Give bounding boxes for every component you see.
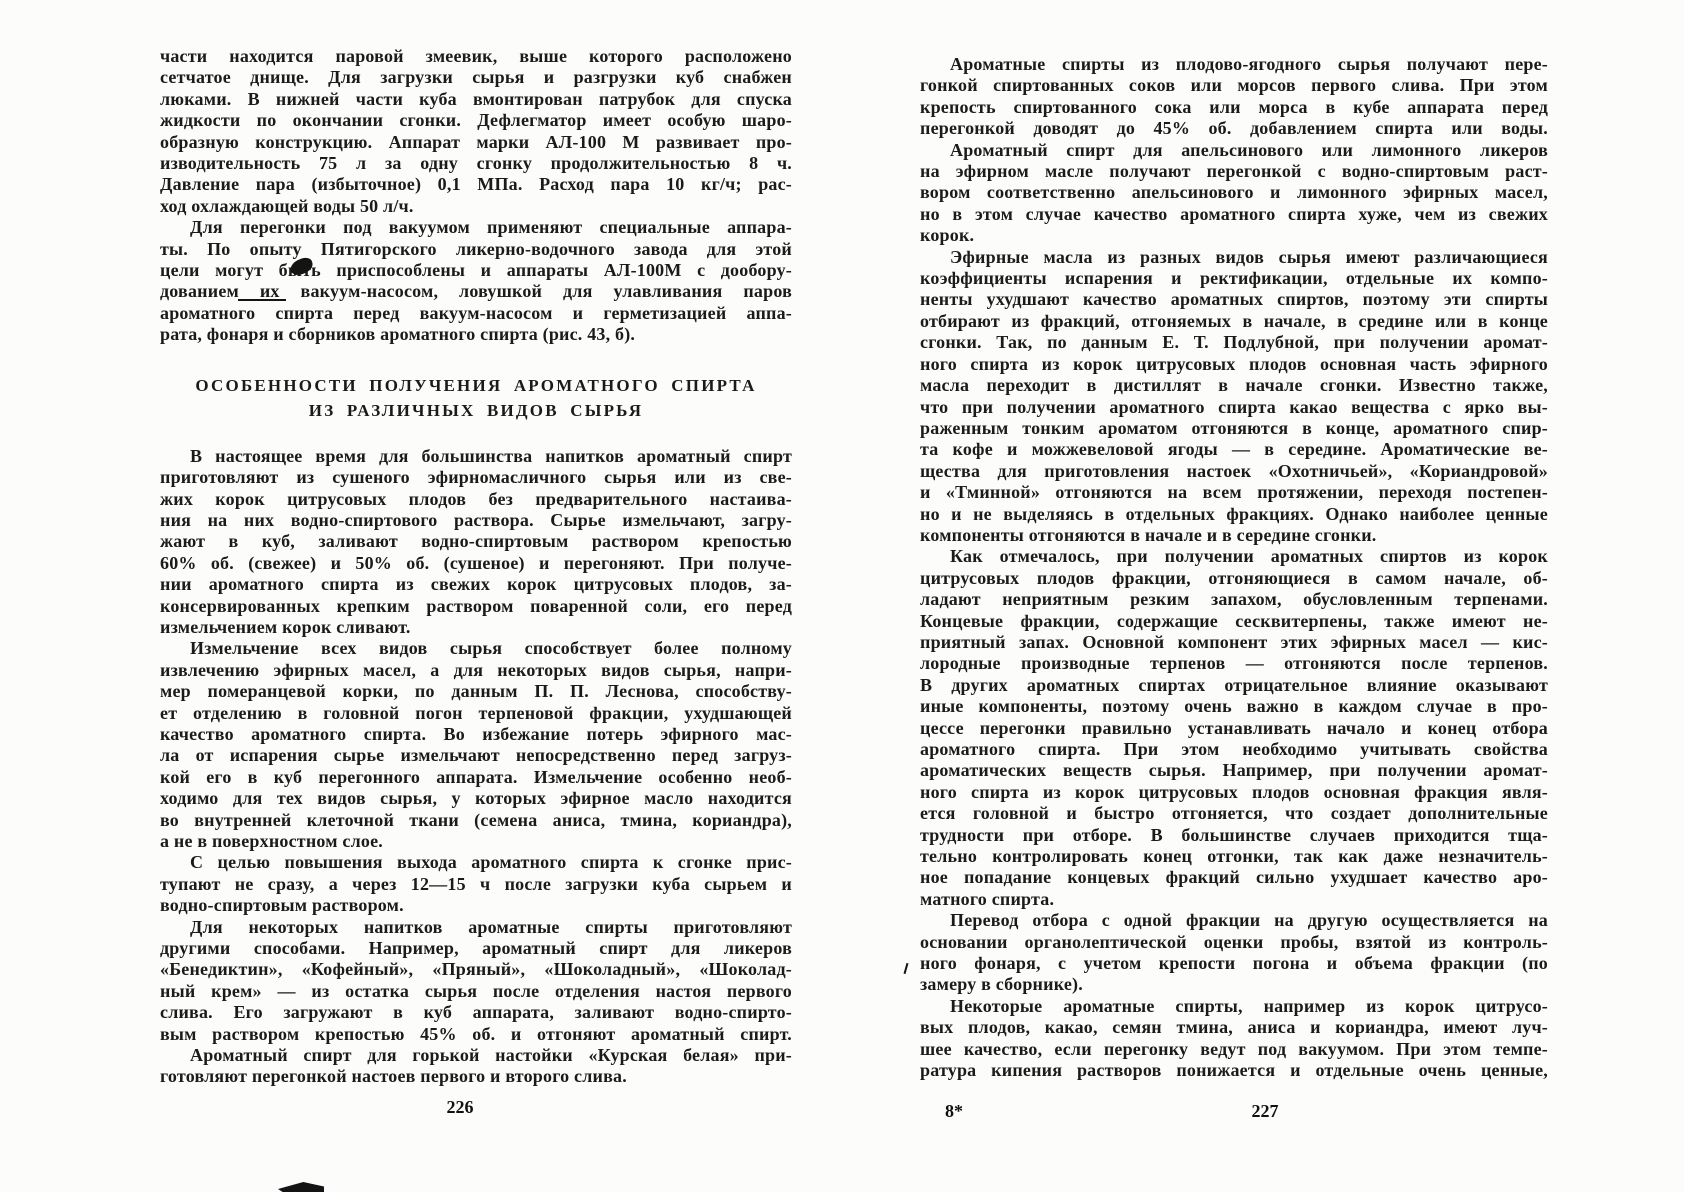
- text-line: матного спирта.: [920, 889, 1548, 910]
- text-line: готовляют перегонкой настоев первого и в…: [160, 1066, 792, 1087]
- section-heading: ОСОБЕННОСТИ ПОЛУЧЕНИЯ АРОМАТНОГО СПИРТАИ…: [160, 373, 792, 423]
- paragraph: Для перегонки под вакуумом применяют спе…: [160, 217, 792, 345]
- paragraph: Эфирные масла из разных видов сырья имею…: [920, 247, 1548, 547]
- text-line: Концевые фракции, содержащие сесквитерпе…: [920, 611, 1548, 632]
- text-line: Некоторые ароматные спирты, например из …: [920, 996, 1548, 1017]
- text-line: вором соответственно апельсинового и лим…: [920, 182, 1548, 203]
- text-line: сетчатое днище. Для загрузки сырья и раз…: [160, 67, 792, 88]
- text-line: рата, фонаря и сборников ароматного спир…: [160, 324, 792, 345]
- text-line: шее качество, если перегонку ведут под в…: [920, 1039, 1548, 1060]
- heading-line: ИЗ РАЗЛИЧНЫХ ВИДОВ СЫРЬЯ: [160, 398, 792, 423]
- text-line: ты. По опыту Пятигорского ликерно-водочн…: [160, 239, 792, 260]
- text-line: основании органолептической оценки пробы…: [920, 932, 1548, 953]
- left-page-column: части находится паровой змеевик, выше ко…: [160, 46, 792, 1088]
- right-page-number: 227: [1100, 1101, 1430, 1122]
- text-line: Ароматный спирт для горькой настойки «Ку…: [160, 1045, 792, 1066]
- text-line: люками. В нижней части куба вмонтирован …: [160, 89, 792, 110]
- text-line: трудности при отборе. В большинстве случ…: [920, 825, 1548, 846]
- text-line: ароматических веществ сырья. Например, п…: [920, 760, 1548, 781]
- text-line: Давление пара (избыточное) 0,1 МПа. Расх…: [160, 174, 792, 195]
- text-line: ного спирта из корок цитрусовых плодов о…: [920, 782, 1548, 803]
- text-line: масла переходит в дистиллят в начале сго…: [920, 375, 1548, 396]
- paragraph: С целью повышения выхода ароматного спир…: [160, 852, 792, 916]
- text-line: изводительность 75 л за одну сгонку прод…: [160, 153, 792, 174]
- text-line: корок.: [920, 225, 1548, 246]
- text-line: цессе перегонки правильно устанавливать …: [920, 718, 1548, 739]
- text-line: измельчением корок сливают.: [160, 617, 792, 638]
- text-line: жидкости по окончании сгонки. Дефлегмато…: [160, 110, 792, 131]
- text-line: цитрусовых плодов фракции, отгоняющиеся …: [920, 568, 1548, 589]
- text-line: кой его в куб перегонного аппарата. Изме…: [160, 767, 792, 788]
- text-line: Перевод отбора с одной фракции на другую…: [920, 910, 1548, 931]
- text-line: Как отмечалось, при получении ароматных …: [920, 546, 1548, 567]
- text-line: ходимо для тех видов сырья, у которых эф…: [160, 788, 792, 809]
- text-line: ратура кипения растворов понижается и от…: [920, 1060, 1548, 1081]
- text-line: и «Тминной» отгоняются на всем протяжени…: [920, 482, 1548, 503]
- paragraph: Для некоторых напитков ароматные спирты …: [160, 917, 792, 1045]
- text-line: коэффициенты испарения и ректификации, о…: [920, 268, 1548, 289]
- right-page-column: Ароматные спирты из плодово-ягодного сыр…: [920, 54, 1548, 1082]
- text-line: ароматного спирта. При этом необходимо у…: [920, 739, 1548, 760]
- text-line: ния на них водно-спиртового раствора. Сы…: [160, 510, 792, 531]
- text-line: но и не выделяясь в отдельных фракциях. …: [920, 504, 1548, 525]
- text-line: а не в поверхностном слое.: [160, 831, 792, 852]
- text-line: слива. Его загружают в куб аппарата, зал…: [160, 1002, 792, 1023]
- paragraph: Ароматный спирт для апельсинового или ли…: [920, 140, 1548, 247]
- text-line: вых плодов, какао, семян тмина, аниса и …: [920, 1017, 1548, 1038]
- paragraph: Измельчение всех видов сырья способствуе…: [160, 638, 792, 852]
- text-line: Для перегонки под вакуумом применяют спе…: [160, 217, 792, 238]
- text-line: ладают неприятным резким запахом, обусло…: [920, 589, 1548, 610]
- text-line: Измельчение всех видов сырья способствуе…: [160, 638, 792, 659]
- paragraph: Ароматный спирт для горькой настойки «Ку…: [160, 1045, 792, 1088]
- text-line: образную конструкцию. Аппарат марки АЛ-1…: [160, 132, 792, 153]
- text-line: на эфирном масле получают перегонкой с в…: [920, 161, 1548, 182]
- text-line: что при получении ароматного спирта кака…: [920, 397, 1548, 418]
- paragraph: Некоторые ароматные спирты, например из …: [920, 996, 1548, 1082]
- text-line: замеру в сборнике).: [920, 974, 1548, 995]
- text-line: Для некоторых напитков ароматные спирты …: [160, 917, 792, 938]
- text-line: приготовляют из сушеного эфирномасличног…: [160, 467, 792, 488]
- text-line: Эфирные масла из разных видов сырья имею…: [920, 247, 1548, 268]
- text-line: ненты ухудшают качество ароматных спирто…: [920, 289, 1548, 310]
- text-line: водно-спиртовым раствором.: [160, 895, 792, 916]
- text-line: иные компоненты, поэтому очень важно в к…: [920, 696, 1548, 717]
- text-line: жих корок цитрусовых плодов без предвари…: [160, 489, 792, 510]
- left-page-number: 226: [160, 1097, 760, 1118]
- text-line: 60% об. (свежее) и 50% об. (сушеное) и п…: [160, 553, 792, 574]
- text-line: С целью повышения выхода ароматного спир…: [160, 852, 792, 873]
- paragraph: Ароматные спирты из плодово-ягодного сыр…: [920, 54, 1548, 140]
- text-line: ход охлаждающей воды 50 л/ч.: [160, 196, 792, 217]
- book-spread: части находится паровой змеевик, выше ко…: [0, 0, 1684, 1192]
- text-line: Ароматные спирты из плодово-ягодного сыр…: [920, 54, 1548, 75]
- text-line: нии ароматного спирта из свежих корок ци…: [160, 574, 792, 595]
- paragraph: Как отмечалось, при получении ароматных …: [920, 546, 1548, 910]
- text-line: ла от испарения сырье измельчают непосре…: [160, 745, 792, 766]
- text-line: В других ароматных спиртах отрицательное…: [920, 675, 1548, 696]
- text-line: ется головной и быстро отгоняется, что с…: [920, 803, 1548, 824]
- text-line: другими способами. Например, ароматный с…: [160, 938, 792, 959]
- text-line: «Бенедиктин», «Кофейный», «Пряный», «Шок…: [160, 959, 792, 980]
- text-line: извлечению эфирных масел, а для некоторы…: [160, 660, 792, 681]
- text-line: лородные производные терпенов — отгоняют…: [920, 653, 1548, 674]
- text-line: ароматного спирта перед вакуум-насосом и…: [160, 303, 792, 324]
- paragraph: Перевод отбора с одной фракции на другую…: [920, 910, 1548, 996]
- text-line: во внутренней клеточной ткани (семена ан…: [160, 810, 792, 831]
- text-line: но в этом случае качество ароматного спи…: [920, 204, 1548, 225]
- heading-line: ОСОБЕННОСТИ ПОЛУЧЕНИЯ АРОМАТНОГО СПИРТА: [160, 373, 792, 398]
- paragraph: В настоящее время для большинства напитк…: [160, 446, 792, 639]
- ink-smudge: [278, 1182, 324, 1192]
- text-line: отбирают из фракций, отгоняемых в начале…: [920, 311, 1548, 332]
- text-line: цели могут быть приспособлены и аппараты…: [160, 260, 792, 281]
- text-line: сгонки. Так, по данным Е. Т. Подлубной, …: [920, 332, 1548, 353]
- text-line: приятный запах. Основной компонент этих …: [920, 632, 1548, 653]
- signature-mark: 8*: [945, 1101, 963, 1122]
- text-line: части находится паровой змеевик, выше ко…: [160, 46, 792, 67]
- text-line: та кофе и можжевеловой ягоды — в середин…: [920, 439, 1548, 460]
- text-line: В настоящее время для большинства напитк…: [160, 446, 792, 467]
- pen-underline-mark: [238, 299, 286, 301]
- text-line: ный крем» — из остатка сырья после отдел…: [160, 981, 792, 1002]
- text-line: тупают не сразу, а через 12—15 ч после з…: [160, 874, 792, 895]
- text-line: ного фонаря, с учетом крепости погона и …: [920, 953, 1548, 974]
- text-line: тельно контролировать конец отгонки, так…: [920, 846, 1548, 867]
- text-line: жают в куб, заливают водно-спиртовым рас…: [160, 531, 792, 552]
- text-line: гонкой спиртованных соков или морсов пер…: [920, 75, 1548, 96]
- paragraph: части находится паровой змеевик, выше ко…: [160, 46, 792, 217]
- text-line: ного спирта из корок цитрусовых плодов о…: [920, 354, 1548, 375]
- text-line: качество ароматного спирта. Во избежание…: [160, 724, 792, 745]
- text-line: ное попадание концевых фракций сильно ух…: [920, 867, 1548, 888]
- text-line: ет отделению в головной погон терпеновой…: [160, 703, 792, 724]
- text-line: щества для приготовления настоек «Охотни…: [920, 461, 1548, 482]
- text-line: вым раствором крепостью 45% об. и отгоня…: [160, 1024, 792, 1045]
- text-line: компоненты отгоняются в начале и в серед…: [920, 525, 1548, 546]
- text-line: крепость спиртованного сока или морса в …: [920, 97, 1548, 118]
- text-line: раженным тонким ароматом отгоняются в ко…: [920, 418, 1548, 439]
- text-line: консервированных крепким раствором повар…: [160, 596, 792, 617]
- text-line: перегонкой доводят до 45% об. добавление…: [920, 118, 1548, 139]
- text-line: мер померанцевой корки, по данным П. П. …: [160, 681, 792, 702]
- text-line: Ароматный спирт для апельсинового или ли…: [920, 140, 1548, 161]
- pen-tick-mark: [904, 963, 909, 974]
